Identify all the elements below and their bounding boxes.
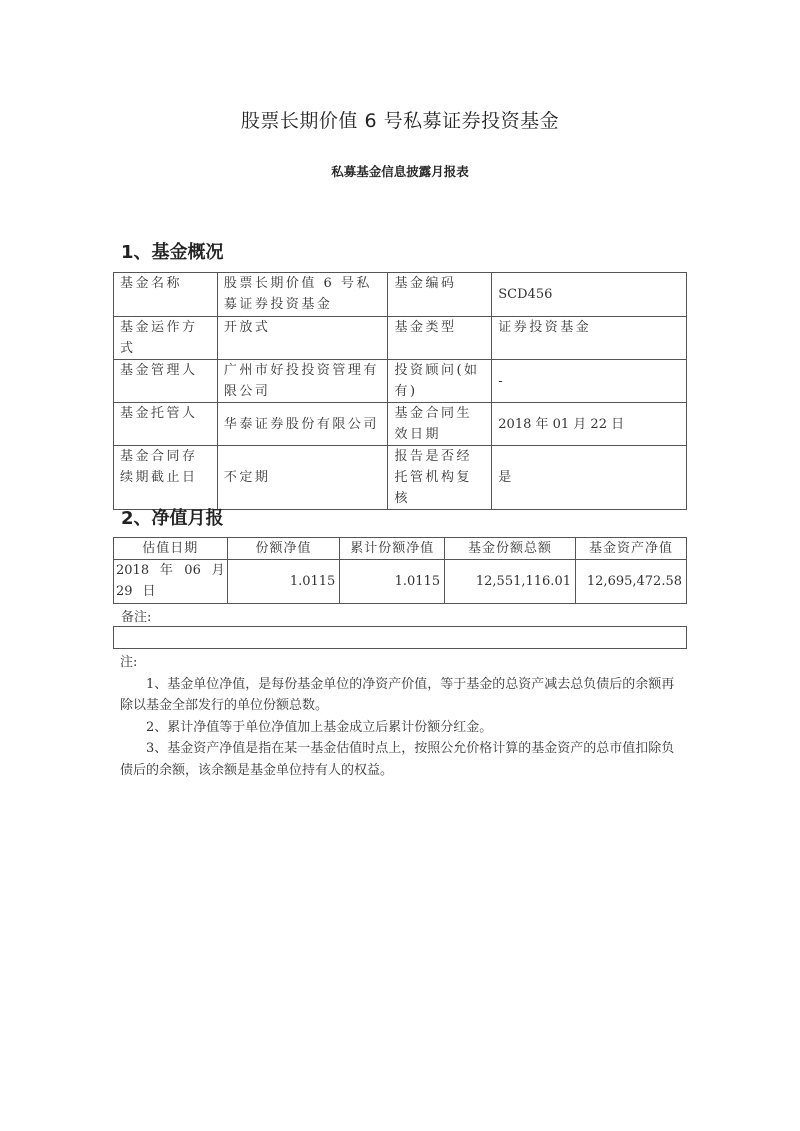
contract-effective-date-value: 2018 年 01 月 22 日 — [492, 403, 687, 446]
column-header-nav: 份额净值 — [227, 538, 340, 560]
fund-code-value: SCD456 — [492, 273, 687, 317]
document-subtitle: 私募基金信息披露月报表 — [0, 162, 800, 180]
fund-name-value: 股票长期价值 6 号私募证券投资基金 — [217, 273, 388, 317]
contract-effective-date-label: 基金合同生效日期 — [388, 403, 492, 446]
table-row: 基金管理人 广州市好投投资管理有限公司 投资顾问(如有) - — [114, 360, 687, 403]
operation-mode-value: 开放式 — [217, 317, 388, 360]
table-row: 基金名称 股票长期价值 6 号私募证券投资基金 基金编码 SCD456 — [114, 273, 687, 317]
operation-mode-label: 基金运作方式 — [114, 317, 218, 360]
investment-advisor-value: - — [492, 360, 687, 403]
column-header-net-assets: 基金资产净值 — [575, 538, 686, 560]
table-row: 2018 年 06 月 29 日 1.0115 1.0115 12,551,11… — [114, 560, 687, 604]
fund-manager-label: 基金管理人 — [114, 360, 218, 403]
notes-section: 注: 1、基金单位净值，是每份基金单位的净资产价值，等于基金的总资产减去总负债后… — [120, 652, 686, 781]
column-header-valuation-date: 估值日期 — [114, 538, 228, 560]
note-item: 1、基金单位净值，是每份基金单位的净资产价值，等于基金的总资产减去总负债后的余额… — [120, 674, 686, 717]
fund-manager-value: 广州市好投投资管理有限公司 — [217, 360, 388, 403]
nav-report-table: 估值日期 份额净值 累计份额净值 基金份额总额 基金资产净值 2018 年 06… — [113, 537, 687, 604]
contract-expiry-value: 不定期 — [217, 446, 388, 510]
custodian-reviewed-value: 是 — [492, 446, 687, 510]
section-heading-nav-report: 2、净值月报 — [121, 504, 224, 530]
note-item: 2、累计净值等于单位净值加上基金成立后累计份额分红金。 — [120, 717, 686, 739]
cumulative-nav-cell: 1.0115 — [340, 560, 445, 604]
table-row: 基金合同存续期截止日 不定期 报告是否经托管机构复核 是 — [114, 446, 687, 510]
investment-advisor-label: 投资顾问(如有) — [388, 360, 492, 403]
custodian-value: 华泰证券股份有限公司 — [217, 403, 388, 446]
fund-type-value: 证券投资基金 — [492, 317, 687, 360]
table-row: 基金运作方式 开放式 基金类型 证券投资基金 — [114, 317, 687, 360]
column-header-total-shares: 基金份额总额 — [445, 538, 576, 560]
fund-name-label: 基金名称 — [114, 273, 218, 317]
fund-overview-table: 基金名称 股票长期价值 6 号私募证券投资基金 基金编码 SCD456 基金运作… — [113, 272, 687, 510]
remark-box — [113, 626, 687, 649]
notes-label: 注: — [120, 652, 686, 674]
column-header-cumulative-nav: 累计份额净值 — [340, 538, 445, 560]
contract-expiry-label: 基金合同存续期截止日 — [114, 446, 218, 510]
document-title: 股票长期价值 6 号私募证券投资基金 — [0, 106, 800, 133]
fund-code-label: 基金编码 — [388, 273, 492, 317]
note-item: 3、基金资产净值是指在某一基金估值时点上，按照公允价格计算的基金资产的总市值扣除… — [120, 738, 686, 781]
fund-type-label: 基金类型 — [388, 317, 492, 360]
valuation-date-cell: 2018 年 06 月 29 日 — [114, 560, 228, 604]
table-header-row: 估值日期 份额净值 累计份额净值 基金份额总额 基金资产净值 — [114, 538, 687, 560]
remark-label: 备注: — [121, 606, 151, 625]
table-row: 基金托管人 华泰证券股份有限公司 基金合同生效日期 2018 年 01 月 22… — [114, 403, 687, 446]
total-shares-cell: 12,551,116.01 — [445, 560, 576, 604]
nav-cell: 1.0115 — [227, 560, 340, 604]
custodian-reviewed-label: 报告是否经托管机构复核 — [388, 446, 492, 510]
net-assets-cell: 12,695,472.58 — [575, 560, 686, 604]
section-heading-fund-overview: 1、基金概况 — [121, 238, 224, 264]
custodian-label: 基金托管人 — [114, 403, 218, 446]
